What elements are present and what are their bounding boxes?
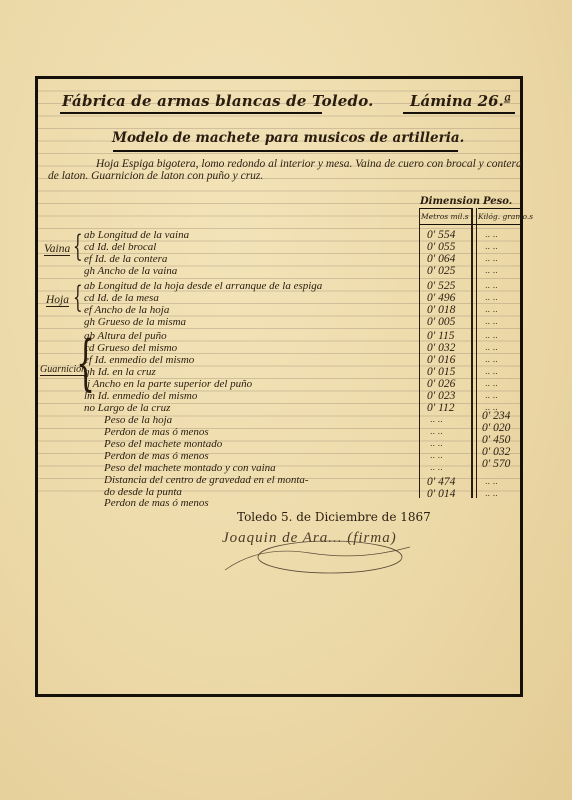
row-text: cd Grueso del mismo bbox=[84, 342, 177, 354]
peso-value: 0' 234 bbox=[482, 410, 510, 422]
dim-value: 0' 554 bbox=[427, 229, 455, 241]
peso-empty: .. .. bbox=[485, 476, 498, 488]
peso-empty: .. .. bbox=[485, 292, 498, 304]
dim-value: 0' 025 bbox=[427, 265, 455, 277]
group-label-hoja: Hoja bbox=[46, 294, 69, 307]
dim-empty: .. .. bbox=[430, 426, 443, 438]
row-text: ab Altura del puño bbox=[84, 330, 167, 342]
dim-value: 0' 016 bbox=[427, 354, 455, 366]
row-text: cd Id. de la mesa bbox=[84, 292, 159, 304]
dim-empty: .. .. bbox=[430, 450, 443, 462]
signature-flourish-icon bbox=[220, 525, 420, 585]
brace-hoja: { bbox=[73, 283, 83, 313]
dim-value: 0' 474 bbox=[427, 476, 455, 488]
factory-title: Fábrica de armas blancas de Toledo. bbox=[62, 92, 374, 110]
weight-row-text: Perdon de mas ó menos bbox=[104, 426, 209, 438]
row-text: ef Id. enmedio del mismo bbox=[84, 354, 194, 366]
row-text: no Largo de la cruz bbox=[84, 402, 170, 414]
dim-value: 0' 026 bbox=[427, 378, 455, 390]
peso-value: 0' 020 bbox=[482, 422, 510, 434]
date-line: Toledo 5. de Diciembre de 1867 bbox=[237, 510, 431, 524]
title-underline bbox=[60, 112, 322, 114]
dim-empty: .. .. bbox=[430, 462, 443, 474]
peso-empty: .. .. bbox=[485, 280, 498, 292]
dim-value: 0' 064 bbox=[427, 253, 455, 265]
dim-value: 0' 023 bbox=[427, 390, 455, 402]
peso-empty: .. .. bbox=[485, 488, 498, 500]
weight-row-text: Peso del machete montado y con vaina bbox=[104, 462, 276, 474]
weight-row-text: Distancia del centro de gravedad en el m… bbox=[104, 474, 309, 486]
model-subtitle: Modelo de machete para musicos de artill… bbox=[112, 130, 464, 146]
peso-empty: .. .. bbox=[485, 265, 498, 277]
peso-empty: .. .. bbox=[485, 330, 498, 342]
peso-unit: Kilóg. gramo.s bbox=[478, 212, 533, 221]
peso-empty: .. .. bbox=[485, 316, 498, 328]
row-text: ij Ancho en la parte superior del puño bbox=[84, 378, 252, 390]
dim-value: 0' 032 bbox=[427, 342, 455, 354]
row-text: ab Longitud de la hoja desde el arranque… bbox=[84, 280, 322, 292]
dim-value: 0' 055 bbox=[427, 241, 455, 253]
peso-empty: .. .. bbox=[485, 378, 498, 390]
subtitle-underline bbox=[113, 150, 458, 152]
weight-row-text: Perdon de mas ó menos bbox=[104, 450, 209, 462]
row-text: ab Longitud de la vaina bbox=[84, 229, 189, 241]
peso-empty: .. .. bbox=[485, 354, 498, 366]
peso-empty: .. .. bbox=[485, 304, 498, 316]
dim-empty: .. .. bbox=[430, 438, 443, 450]
peso-value: 0' 450 bbox=[482, 434, 510, 446]
peso-empty: .. .. bbox=[485, 342, 498, 354]
row-text: gh Id. en la cruz bbox=[84, 366, 156, 378]
row-text: cd Id. del brocal bbox=[84, 241, 156, 253]
dim-value: 0' 496 bbox=[427, 292, 455, 304]
plate-underline bbox=[403, 112, 515, 114]
dim-value: 0' 018 bbox=[427, 304, 455, 316]
brace-vaina: { bbox=[73, 232, 83, 262]
row-text: ef Id. de la contera bbox=[84, 253, 167, 265]
column-double-rule-2 bbox=[476, 208, 477, 498]
peso-empty: .. .. bbox=[485, 366, 498, 378]
dimension-header: Dimension bbox=[420, 196, 480, 207]
dimension-unit: Metros mil.s bbox=[421, 212, 469, 221]
weight-row-text: Peso del machete montado bbox=[104, 438, 222, 450]
dim-value: 0' 112 bbox=[427, 402, 454, 414]
peso-empty: .. .. bbox=[485, 241, 498, 253]
row-text: gh Grueso de la misma bbox=[84, 316, 186, 328]
description-text: Hoja Espiga bigotera, lomo redondo al in… bbox=[48, 158, 523, 182]
dim-value: 0' 525 bbox=[427, 280, 455, 292]
peso-empty: .. .. bbox=[485, 253, 498, 265]
column-double-rule-1 bbox=[471, 208, 473, 498]
row-text: lm Id. enmedio del mismo bbox=[84, 390, 197, 402]
peso-empty: .. .. bbox=[485, 229, 498, 241]
dim-value: 0' 015 bbox=[427, 366, 455, 378]
peso-empty: .. .. bbox=[485, 390, 498, 402]
dim-value: 0' 005 bbox=[427, 316, 455, 328]
peso-value: 0' 570 bbox=[482, 458, 510, 470]
dim-empty: .. .. bbox=[430, 414, 443, 426]
plate-number: Lámina 26.ª bbox=[410, 92, 511, 110]
dimension-header-underline bbox=[420, 208, 472, 209]
dim-value: 0' 115 bbox=[427, 330, 454, 342]
peso-header-underline bbox=[478, 208, 523, 209]
weight-row-text: Perdon de mas ó menos bbox=[104, 497, 209, 509]
peso-header: Peso. bbox=[483, 196, 512, 207]
dimension-left-rule bbox=[419, 208, 420, 498]
group-label-vaina: Vaina bbox=[44, 243, 70, 256]
row-text: ef Ancho de la hoja bbox=[84, 304, 169, 316]
weight-row-text: Peso de la hoja bbox=[104, 414, 172, 426]
row-text: gh Ancho de la vaina bbox=[84, 265, 177, 277]
dim-value: 0' 014 bbox=[427, 488, 455, 500]
peso-value: 0' 032 bbox=[482, 446, 510, 458]
